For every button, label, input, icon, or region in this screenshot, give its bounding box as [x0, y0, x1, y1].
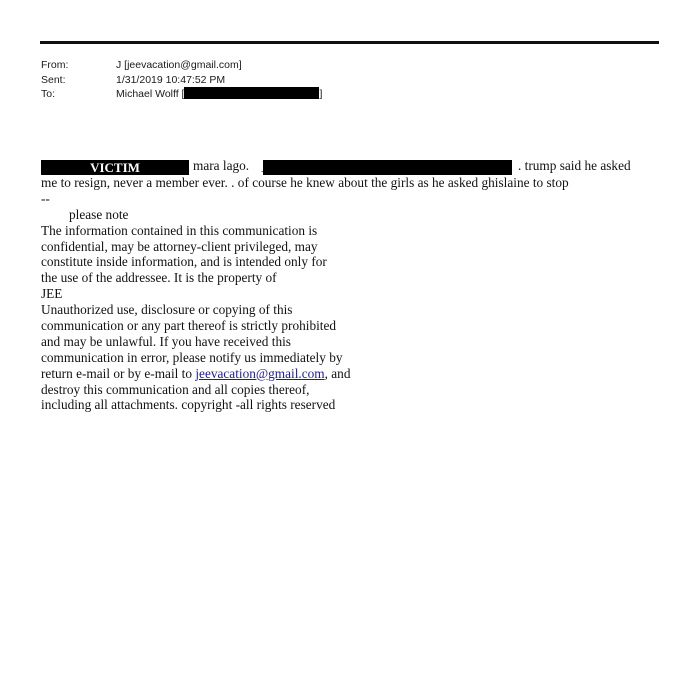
email-link[interactable]: jeevacation@gmail.com [195, 366, 324, 381]
disclaimer-line: communication in error, please notify us… [41, 350, 569, 366]
redaction-box [184, 87, 319, 99]
disclaimer-heading: please note [41, 207, 569, 223]
disclaimer-line: including all attachments. copyright -al… [41, 397, 569, 413]
from-value: J [jeevacation@gmail.com] [116, 58, 242, 73]
message-line-1: VICTIM mara lago. . . trump said he aske… [41, 158, 569, 175]
disclaimer-line: destroy this communication and all copie… [41, 382, 569, 398]
disclaimer-line: The information contained in this commun… [41, 223, 569, 239]
redaction-box [263, 160, 512, 175]
signature-separator: -- [41, 191, 569, 207]
disclaimer-line: and may be unlawful. If you have receive… [41, 334, 569, 350]
to-label: To: [41, 87, 55, 102]
disclaimer-return-line: return e-mail or by e-mail to jeevacatio… [41, 366, 569, 382]
email-body: VICTIM mara lago. . . trump said he aske… [41, 158, 569, 413]
message-line-2: me to resign, never a member ever. . of … [41, 175, 569, 191]
disclaimer-line: constitute inside information, and is in… [41, 254, 569, 270]
sent-label: Sent: [41, 73, 66, 88]
disclaimer-line: the use of the addressee. It is the prop… [41, 270, 569, 286]
to-name: Michael Wolff [ [116, 88, 184, 100]
disclaimer-part1: The information contained in this commun… [41, 223, 569, 366]
message-text-1b: . trump said he asked [518, 158, 631, 174]
header-divider [40, 41, 659, 44]
to-value: Michael Wolff [] [116, 87, 322, 102]
to-close-bracket: ] [319, 88, 322, 100]
disclaimer-line: Unauthorized use, disclosure or copying … [41, 302, 569, 318]
message-text-1a: mara lago. [193, 158, 249, 174]
disclaimer-line: communication or any part thereof is str… [41, 318, 569, 334]
sent-value: 1/31/2019 10:47:52 PM [116, 73, 225, 88]
disclaimer-line: confidential, may be attorney-client pri… [41, 239, 569, 255]
victim-redaction: VICTIM [41, 160, 189, 175]
from-label: From: [41, 58, 68, 73]
disclaimer-part2: destroy this communication and all copie… [41, 382, 569, 414]
return-suffix: , and [325, 366, 351, 381]
return-prefix: return e-mail or by e-mail to [41, 366, 195, 381]
disclaimer-line: JEE [41, 286, 569, 302]
